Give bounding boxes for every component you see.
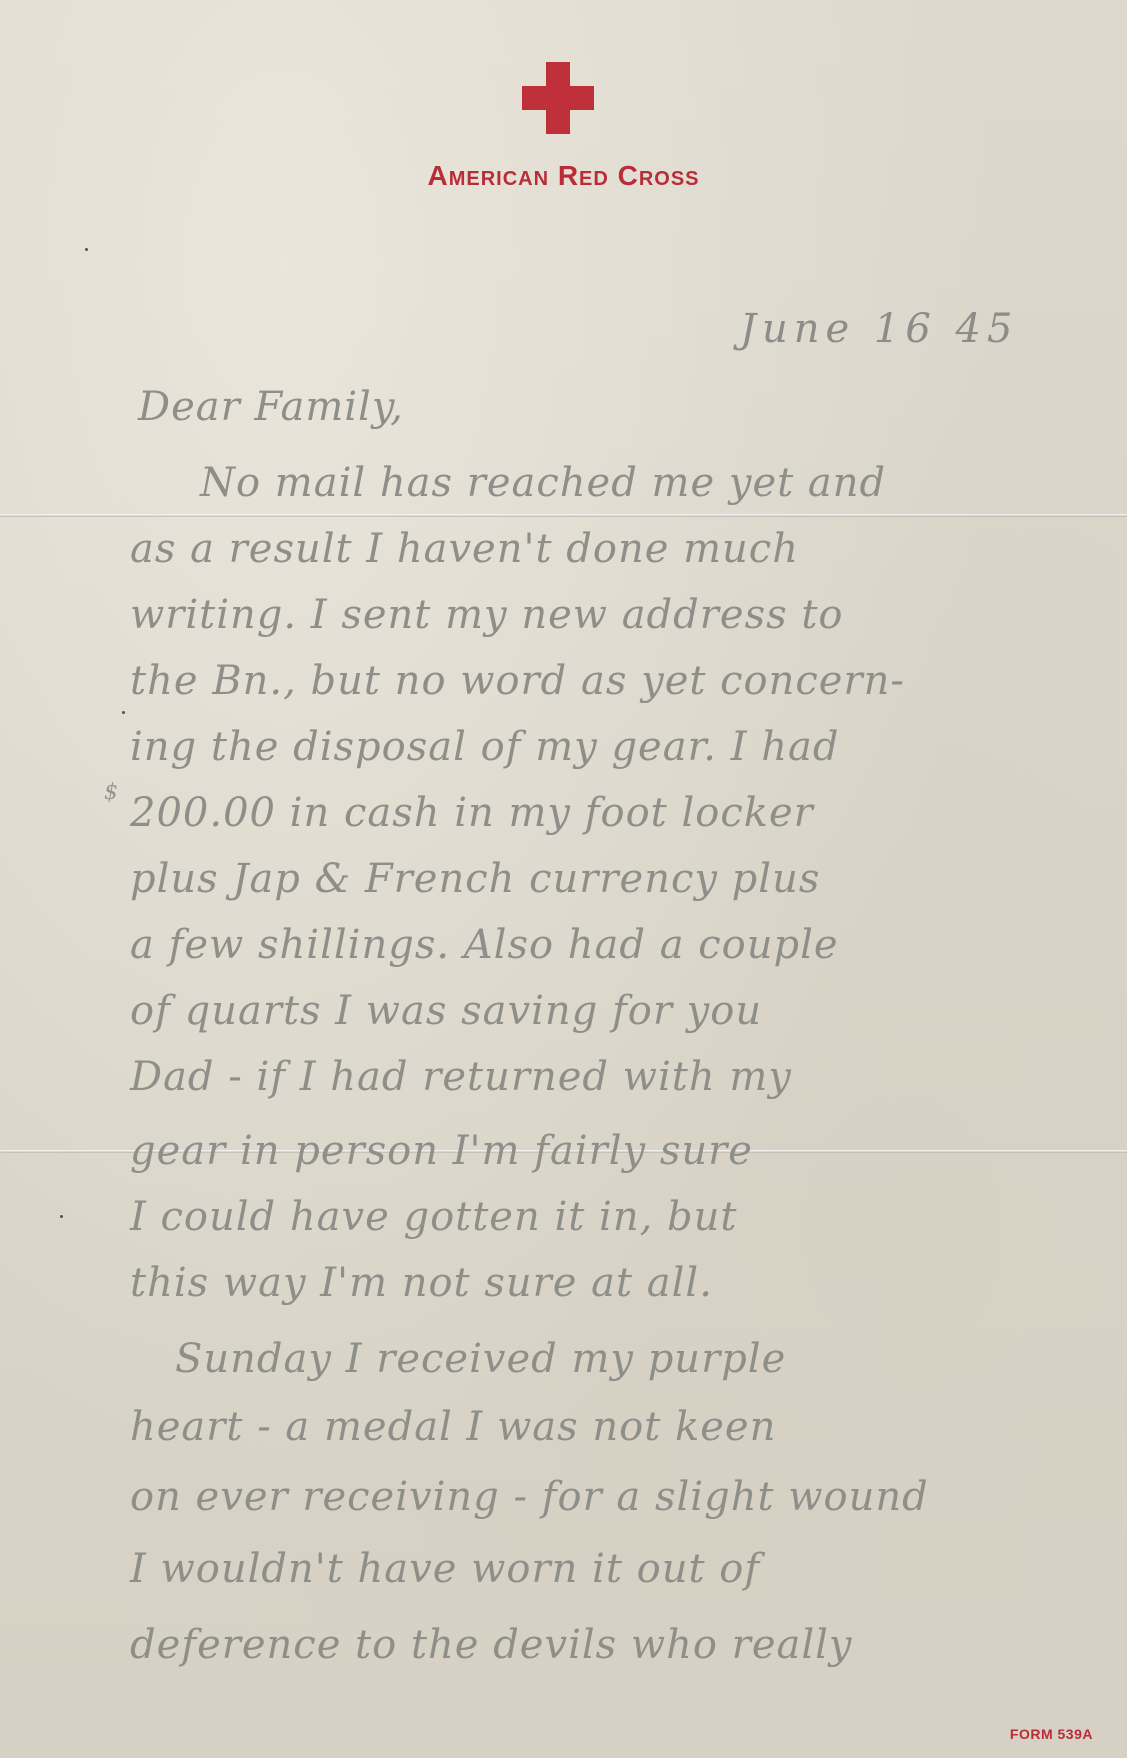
paper-fold-crease [0, 514, 1127, 517]
letter-line: plus Jap & French currency plus [130, 856, 820, 902]
red-cross-icon [522, 62, 594, 134]
form-number: FORM 539A [1010, 1726, 1093, 1742]
salutation: Dear Family, [138, 384, 404, 430]
paper-speck [122, 711, 125, 714]
letter-line: No mail has reached me yet and [200, 460, 886, 506]
letter-line: 200.00 in cash in my foot locker [130, 790, 814, 836]
letter-line: a few shillings. Also had a couple [130, 922, 839, 968]
paper-speck [60, 1215, 63, 1218]
letter-line: as a result I haven't done much [130, 526, 799, 572]
letter-line: writing. I sent my new address to [130, 592, 844, 638]
letter-page: American Red Cross June 16 45 Dear Famil… [0, 0, 1127, 1758]
letter-line: this way I'm not sure at all. [130, 1260, 713, 1306]
letter-line: Dad - if I had returned with my [130, 1054, 792, 1100]
letter-line: Sunday I received my purple [175, 1336, 786, 1382]
letter-line: of quarts I was saving for you [130, 988, 762, 1034]
letter-line: gear in person I'm fairly sure [130, 1128, 753, 1174]
letter-line: heart - a medal I was not keen [130, 1404, 776, 1450]
letter-date: June 16 45 [740, 306, 1018, 352]
letter-line: I could have gotten it in, but [130, 1194, 737, 1240]
letter-line: the Bn., but no word as yet concern- [130, 658, 905, 704]
letter-line: on ever receiving - for a slight wound [130, 1474, 929, 1520]
letter-line: deference to the devils who really [130, 1622, 853, 1668]
letter-line: I wouldn't have worn it out of [130, 1546, 760, 1592]
letterhead-organization: American Red Cross [0, 160, 1127, 192]
letter-line: ing the disposal of my gear. I had [130, 724, 839, 770]
margin-note: $ [104, 780, 118, 805]
paper-speck [85, 248, 88, 251]
